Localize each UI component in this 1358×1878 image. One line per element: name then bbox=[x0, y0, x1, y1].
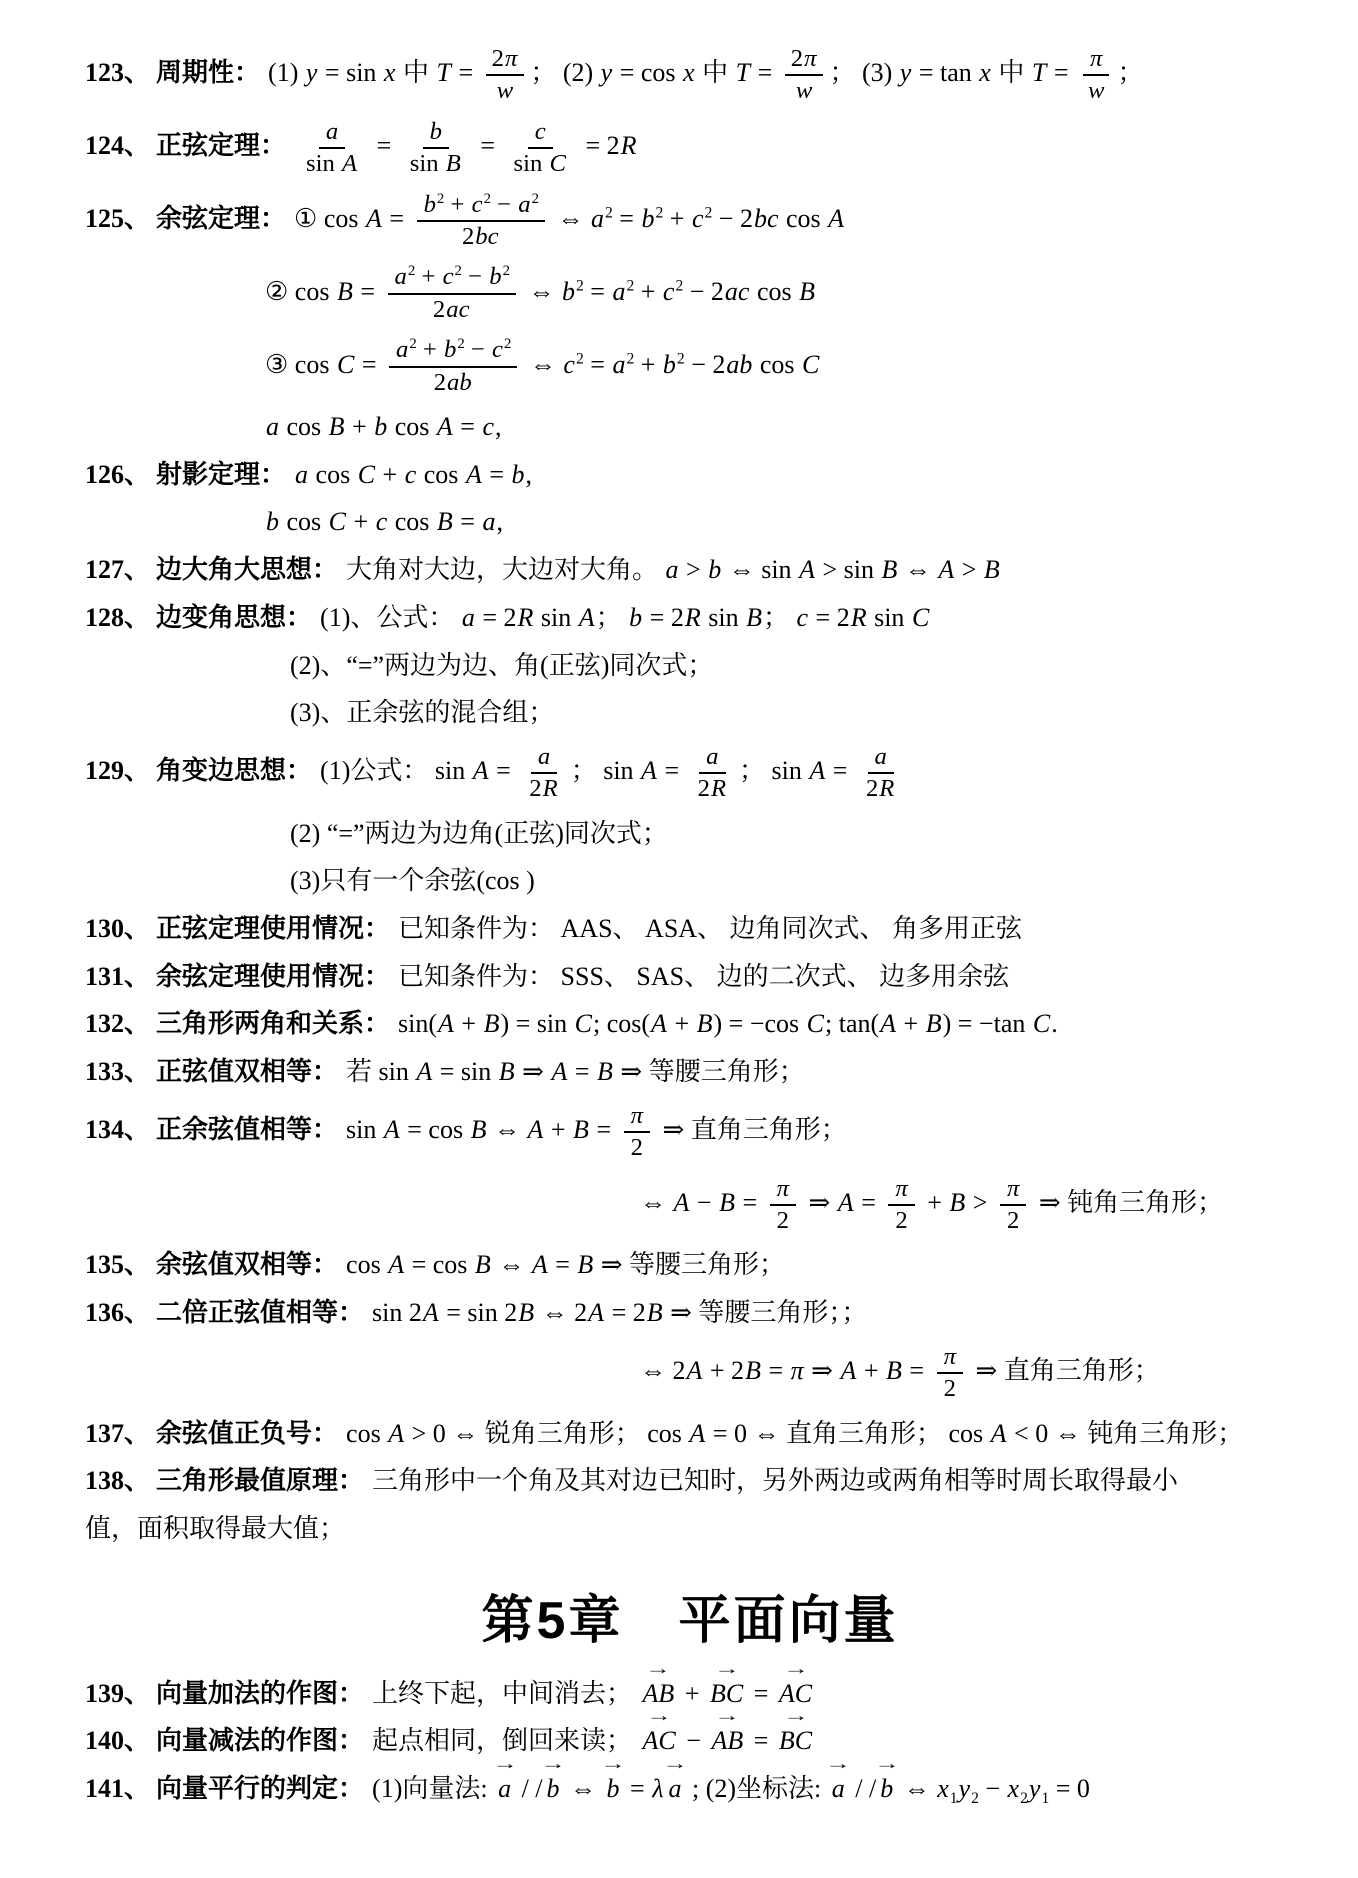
math-text: (2)、“=”两边为边、角(正弦)同次式； bbox=[290, 651, 713, 680]
item-content: ① cos A = b2 + c2 − a22bc ⇔ a2 = b2 + c2… bbox=[294, 204, 845, 233]
item-number: 139、 bbox=[85, 1679, 150, 1708]
math-text: ⇒ 直角三角形； bbox=[969, 1356, 1160, 1385]
item-content: ⇔ 2A + 2B = π ⇒ A + B = π2 ⇒ 直角三角形； bbox=[640, 1356, 1160, 1385]
vector-body: b bbox=[880, 1774, 893, 1803]
fraction-denominator: 2bc bbox=[456, 222, 506, 251]
item-content: 已知条件为： SSS、 SAS、 边的二次式、 边多用余弦 bbox=[398, 962, 1009, 991]
fraction-numerator: π bbox=[1000, 1175, 1026, 1206]
formula-row: 137、余弦值正负号：cos A > 0 ⇔ 锐角三角形； cos A = 0 … bbox=[85, 1415, 1330, 1453]
item-number: 134、 bbox=[85, 1115, 150, 1144]
fraction-numerator: π bbox=[1083, 45, 1109, 76]
math-text: sin 2A = sin 2B ⇔ 2A = 2B ⇒ 等腰三角形；； bbox=[372, 1298, 867, 1327]
item-label: 正弦值双相等： bbox=[156, 1056, 338, 1086]
item-number: 123、 bbox=[85, 58, 150, 87]
page: 123、周期性：(1) y = sin x 中 T = 2πw； (2) y =… bbox=[0, 0, 1358, 1878]
item-label: 三角形两角和关系： bbox=[156, 1008, 390, 1038]
fraction: πw bbox=[1081, 45, 1111, 106]
item-label: 向量减法的作图： bbox=[156, 1725, 364, 1755]
item-content: 已知条件为： AAS、 ASA、 边角同次式、 角多用正弦 bbox=[398, 914, 1022, 943]
vector-arrow-icon: → bbox=[646, 1660, 672, 1677]
item-content: sin(A + B) = sin C; cos(A + B) = −cos C;… bbox=[398, 1009, 1058, 1038]
item-content: 大角对大边，大边对大角。 a > b ⇔ sin A > sin B ⇔ A >… bbox=[346, 555, 1001, 584]
fraction-denominator: 2ac bbox=[427, 295, 477, 324]
item-label: 二倍正弦值相等： bbox=[156, 1297, 364, 1327]
fraction-numerator: π bbox=[624, 1102, 650, 1133]
fraction: a2R bbox=[860, 743, 901, 804]
item-number: 138、 bbox=[85, 1466, 150, 1495]
fraction-denominator: w bbox=[1081, 76, 1111, 105]
item-label: 余弦值双相等： bbox=[156, 1249, 338, 1279]
item-content: ③ cos C = a2 + b2 − c22ab ⇔ c2 = a2 + b2… bbox=[265, 350, 820, 379]
formula-row: (3)、正余弦的混合组； bbox=[85, 694, 1330, 732]
item-label: 向量平行的判定： bbox=[156, 1773, 364, 1803]
vector: →b bbox=[546, 1770, 561, 1808]
fraction-numerator: a bbox=[531, 743, 557, 774]
formula-row: 124、正弦定理：asin A = bsin B = csin C = 2R bbox=[85, 117, 1330, 180]
fraction-numerator: π bbox=[770, 1175, 796, 1206]
item-label: 角变边思想： bbox=[156, 755, 312, 785]
vector-body: b bbox=[547, 1774, 560, 1803]
formula-row: 136、二倍正弦值相等：sin 2A = sin 2B ⇔ 2A = 2B ⇒ … bbox=[85, 1294, 1330, 1332]
vector-body: a bbox=[498, 1774, 511, 1803]
math-text: = bbox=[370, 131, 398, 160]
item-content: ⇔ A − B = π2 ⇒ A = π2 + B > π2 ⇒ 钝角三角形； bbox=[640, 1188, 1223, 1217]
vector-body: BC bbox=[710, 1679, 743, 1708]
item-label: 正余弦值相等： bbox=[156, 1114, 338, 1144]
math-text: cos A > 0 ⇔ 锐角三角形； cos A = 0 ⇔ 直角三角形； co… bbox=[346, 1419, 1243, 1448]
fraction: a2 + b2 − c22ab bbox=[389, 336, 517, 397]
math-text: 已知条件为： AAS、 ASA、 边角同次式、 角多用正弦 bbox=[398, 914, 1022, 943]
math-text: ⇒ 钝角三角形； bbox=[1032, 1188, 1223, 1217]
item-number: 133、 bbox=[85, 1057, 150, 1086]
fraction-numerator: π bbox=[937, 1343, 963, 1374]
vector-arrow-icon: → bbox=[783, 1660, 809, 1677]
item-content: 值，面积取得最大值； bbox=[85, 1514, 345, 1543]
vector: →BC bbox=[778, 1722, 813, 1760]
item-number: 128、 bbox=[85, 603, 150, 632]
math-text: cos A = cos B ⇔ A = B ⇒ 等腰三角形； bbox=[346, 1250, 785, 1279]
item-label: 射影定理： bbox=[156, 459, 286, 489]
math-text: (3)、正余弦的混合组； bbox=[290, 698, 554, 727]
item-content: sin 2A = sin 2B ⇔ 2A = 2B ⇒ 等腰三角形；； bbox=[372, 1298, 867, 1327]
vector-arrow-icon: → bbox=[715, 1707, 741, 1724]
vector: →a bbox=[497, 1770, 512, 1808]
item-number: 135、 bbox=[85, 1250, 150, 1279]
formula-row: 126、射影定理：a cos C + c cos A = b, bbox=[85, 456, 1330, 494]
math-text: = 2R bbox=[579, 131, 638, 160]
math-text: ⇔ b2 = a2 + c2 − 2ac cos B bbox=[522, 277, 816, 306]
item-label: 正弦定理使用情况： bbox=[156, 913, 390, 943]
formula-row: 129、角变边思想：(1)公式： sin A = a2R； sin A = a2… bbox=[85, 742, 1330, 805]
item-number: 141、 bbox=[85, 1774, 150, 1803]
fraction-numerator: a bbox=[319, 118, 345, 149]
fraction-denominator: 2 bbox=[625, 1133, 649, 1162]
formula-row: 127、边大角大思想：大角对大边，大边对大角。 a > b ⇔ sin A > … bbox=[85, 551, 1330, 589]
math-text: ⇔ a2 = b2 + c2 − 2bc cos A bbox=[551, 204, 845, 233]
vector-arrow-icon: → bbox=[540, 1755, 566, 1772]
item-content: (2) “=”两边为边角(正弦)同次式； bbox=[290, 819, 668, 848]
item-content: (3)只有一个余弦(cos ) bbox=[290, 866, 535, 895]
item-number: 124、 bbox=[85, 131, 150, 160]
formula-row: ⇔ 2A + 2B = π ⇒ A + B = π2 ⇒ 直角三角形； bbox=[85, 1342, 1330, 1405]
item-content: (1)向量法: →a / /→b ⇔ →b = λ→a ; (2)坐标法: →a… bbox=[372, 1774, 1090, 1803]
item-label: 边大角大思想： bbox=[156, 554, 338, 584]
formula-row: (3)只有一个余弦(cos ) bbox=[85, 862, 1330, 900]
formula-row: 141、向量平行的判定：(1)向量法: →a / /→b ⇔ →b = λ→a … bbox=[85, 1770, 1330, 1808]
vector-arrow-icon: → bbox=[492, 1755, 518, 1772]
formula-row: 128、边变角思想：(1)、公式： a = 2R sin A； b = 2R s… bbox=[85, 599, 1330, 637]
math-text: (1)公式： sin A = bbox=[320, 756, 517, 785]
math-text: 已知条件为： SSS、 SAS、 边的二次式、 边多用余弦 bbox=[398, 962, 1009, 991]
vector-body: AC bbox=[779, 1679, 812, 1708]
math-text: / / bbox=[849, 1774, 876, 1803]
vector-arrow-icon: → bbox=[714, 1660, 740, 1677]
fraction-denominator: 2 bbox=[889, 1206, 913, 1235]
item-content: cos A = cos B ⇔ A = B ⇒ 等腰三角形； bbox=[346, 1250, 785, 1279]
fraction-numerator: 2π bbox=[785, 45, 824, 76]
math-text: ； (3) y = tan x 中 T = bbox=[829, 58, 1075, 87]
fraction-denominator: 2R bbox=[860, 774, 901, 803]
vector-body: AB bbox=[711, 1726, 743, 1755]
formula-row: 130、正弦定理使用情况：已知条件为： AAS、 ASA、 边角同次式、 角多用… bbox=[85, 910, 1330, 948]
fraction-numerator: π bbox=[888, 1175, 914, 1206]
math-text: / / bbox=[515, 1774, 542, 1803]
fraction-denominator: 2 bbox=[1001, 1206, 1025, 1235]
item-number: 126、 bbox=[85, 460, 150, 489]
math-text: b cos C + c cos B = a, bbox=[265, 507, 503, 536]
fraction-denominator: 2R bbox=[523, 774, 564, 803]
item-content: a cos C + c cos A = b, bbox=[294, 460, 532, 489]
item-content: (1)公式： sin A = a2R； sin A = a2R； sin A =… bbox=[320, 756, 907, 785]
item-number: 137、 bbox=[85, 1419, 150, 1448]
vector-body: b bbox=[607, 1774, 620, 1803]
fraction-numerator: a2 + c2 − b2 bbox=[388, 263, 516, 294]
fraction-numerator: b2 + c2 − a2 bbox=[417, 191, 545, 222]
vector: →b bbox=[606, 1770, 621, 1808]
formula-row: 139、向量加法的作图：上终下起，中间消去； →AB + →BC = →AC bbox=[85, 1675, 1330, 1713]
item-content: 三角形中一个角及其对边已知时，另外两边或两角相等时周长取得最小 bbox=[372, 1466, 1178, 1495]
math-text: = λ bbox=[624, 1774, 665, 1803]
item-number: 130、 bbox=[85, 914, 150, 943]
fraction-numerator: a bbox=[699, 743, 725, 774]
item-number: 125、 bbox=[85, 204, 150, 233]
item-content: ② cos B = a2 + c2 − b22ac ⇔ b2 = a2 + c2… bbox=[265, 277, 816, 306]
item-number: 132、 bbox=[85, 1009, 150, 1038]
fraction-denominator: sin C bbox=[508, 149, 573, 178]
fraction-numerator: c bbox=[528, 118, 553, 149]
fraction-denominator: 2R bbox=[692, 774, 733, 803]
item-number: 129、 bbox=[85, 756, 150, 785]
vector: →a bbox=[667, 1770, 682, 1808]
math-text: 若 sin A = sin B ⇒ A = B ⇒ 等腰三角形； bbox=[346, 1057, 805, 1086]
math-text: a cos B + b cos A = c, bbox=[265, 412, 502, 441]
formula-row: 132、三角形两角和关系：sin(A + B) = sin C; cos(A +… bbox=[85, 1005, 1330, 1043]
math-text: = bbox=[747, 1726, 775, 1755]
fraction-denominator: 2 bbox=[938, 1374, 962, 1403]
math-text: ； sin A = bbox=[571, 756, 686, 785]
fraction: bsin B bbox=[404, 118, 468, 179]
item-content: cos A > 0 ⇔ 锐角三角形； cos A = 0 ⇔ 直角三角形； co… bbox=[346, 1419, 1243, 1448]
fraction-denominator: w bbox=[490, 76, 520, 105]
fraction: π2 bbox=[624, 1102, 650, 1163]
math-text: sin A = cos B ⇔ A + B = bbox=[346, 1115, 618, 1144]
math-text: ⇔ x1y2 − x2y1 = 0 bbox=[897, 1774, 1090, 1803]
fraction: b2 + c2 − a22bc bbox=[417, 191, 545, 252]
item-number: 127、 bbox=[85, 555, 150, 584]
math-text: sin(A + B) = sin C; cos(A + B) = −cos C;… bbox=[398, 1009, 1058, 1038]
item-label: 余弦值正负号： bbox=[156, 1418, 338, 1448]
fraction: 2πw bbox=[486, 45, 525, 106]
formula-row: 135、余弦值双相等：cos A = cos B ⇔ A = B ⇒ 等腰三角形… bbox=[85, 1246, 1330, 1284]
math-text: (3)只有一个余弦(cos ) bbox=[290, 866, 535, 895]
formula-row: a cos B + b cos A = c, bbox=[85, 408, 1330, 446]
item-content: asin A = bsin B = csin C = 2R bbox=[294, 131, 638, 160]
formula-row: 133、正弦值双相等：若 sin A = sin B ⇒ A = B ⇒ 等腰三… bbox=[85, 1053, 1330, 1091]
item-content: 若 sin A = sin B ⇒ A = B ⇒ 等腰三角形； bbox=[346, 1057, 805, 1086]
item-content: (2)、“=”两边为边、角(正弦)同次式； bbox=[290, 651, 713, 680]
fraction: asin A bbox=[300, 118, 364, 179]
fraction: 2πw bbox=[785, 45, 824, 106]
formula-row: 138、三角形最值原理：三角形中一个角及其对边已知时，另外两边或两角相等时周长取… bbox=[85, 1462, 1330, 1500]
math-text: + bbox=[678, 1679, 706, 1708]
fraction: π2 bbox=[888, 1175, 914, 1236]
math-text: = bbox=[474, 131, 502, 160]
math-text: ① cos A = bbox=[294, 204, 411, 233]
item-content: (1) y = sin x 中 T = 2πw； (2) y = cos x 中… bbox=[268, 58, 1143, 87]
fraction-numerator: a2 + b2 − c2 bbox=[389, 336, 517, 367]
fraction: csin C bbox=[508, 118, 573, 179]
formula-row: 140、向量减法的作图：起点相同，倒回来读； →AC − →AB = →BC bbox=[85, 1722, 1330, 1760]
item-content: sin A = cos B ⇔ A + B = π2 ⇒ 直角三角形； bbox=[346, 1115, 847, 1144]
math-text: ⇒ 直角三角形； bbox=[656, 1115, 847, 1144]
formula-row: (2) “=”两边为边角(正弦)同次式； bbox=[85, 815, 1330, 853]
item-label: 三角形最值原理： bbox=[156, 1465, 364, 1495]
math-text: ; (2)坐标法: bbox=[685, 1774, 827, 1803]
math-text: 起点相同，倒回来读； bbox=[372, 1726, 639, 1755]
item-label: 余弦定理使用情况： bbox=[156, 961, 390, 991]
formula-row: 134、正余弦值相等：sin A = cos B ⇔ A + B = π2 ⇒ … bbox=[85, 1101, 1330, 1164]
fraction-denominator: 2ab bbox=[428, 368, 479, 397]
item-content: (3)、正余弦的混合组； bbox=[290, 698, 554, 727]
item-number: 136、 bbox=[85, 1298, 150, 1327]
item-number: 131、 bbox=[85, 962, 150, 991]
item-label: 向量加法的作图： bbox=[156, 1678, 364, 1708]
item-label: 边变角思想： bbox=[156, 602, 312, 632]
formula-row: ② cos B = a2 + c2 − b22ac ⇔ b2 = a2 + c2… bbox=[85, 262, 1330, 325]
formula-row: (2)、“=”两边为边、角(正弦)同次式； bbox=[85, 647, 1330, 685]
math-text: ⇔ A − B = bbox=[640, 1188, 764, 1217]
fraction: a2R bbox=[523, 743, 564, 804]
fraction-numerator: a bbox=[868, 743, 894, 774]
vector: →a bbox=[831, 1770, 846, 1808]
math-text: ； sin A = bbox=[739, 756, 854, 785]
item-label: 周期性： bbox=[156, 57, 260, 87]
item-label: 余弦定理： bbox=[156, 203, 286, 233]
math-text: 三角形中一个角及其对边已知时，另外两边或两角相等时周长取得最小 bbox=[372, 1466, 1178, 1495]
vector-body: AC bbox=[643, 1726, 676, 1755]
math-text: = bbox=[747, 1679, 775, 1708]
math-text: ； (2) y = cos x 中 T = bbox=[530, 58, 778, 87]
item-content: b cos C + c cos B = a, bbox=[265, 507, 503, 536]
math-text: 上终下起，中间消去； bbox=[372, 1679, 639, 1708]
math-text: ② cos B = bbox=[265, 277, 382, 306]
formula-row: ⇔ A − B = π2 ⇒ A = π2 + B > π2 ⇒ 钝角三角形； bbox=[85, 1174, 1330, 1237]
item-content: 上终下起，中间消去； →AB + →BC = →AC bbox=[372, 1679, 816, 1708]
math-text: (1)、公式： a = 2R sin A； b = 2R sin B； c = … bbox=[320, 603, 930, 632]
math-text: a cos C + c cos A = b, bbox=[294, 460, 532, 489]
vector: →b bbox=[879, 1770, 894, 1808]
item-number: 140、 bbox=[85, 1726, 150, 1755]
fraction-denominator: sin B bbox=[404, 149, 468, 178]
vector-body: a bbox=[668, 1774, 681, 1803]
item-content: 起点相同，倒回来读； →AC − →AB = →BC bbox=[372, 1726, 816, 1755]
math-text: 大角对大边，大边对大角。 a > b ⇔ sin A > sin B ⇔ A >… bbox=[346, 555, 1001, 584]
formula-row: 123、周期性：(1) y = sin x 中 T = 2πw； (2) y =… bbox=[85, 44, 1330, 107]
math-text: ； bbox=[1117, 58, 1143, 87]
fraction: π2 bbox=[1000, 1175, 1026, 1236]
math-text: + B > bbox=[921, 1188, 994, 1217]
math-text: ⇔ c2 = a2 + b2 − 2ab cos C bbox=[523, 350, 820, 379]
vector-body: BC bbox=[779, 1726, 812, 1755]
chapter-heading: 第5章 平面向量 bbox=[50, 1578, 1330, 1653]
vector-arrow-icon: → bbox=[874, 1755, 900, 1772]
item-label: 正弦定理： bbox=[156, 130, 286, 160]
vector-arrow-icon: → bbox=[783, 1707, 809, 1724]
fraction: π2 bbox=[937, 1343, 963, 1404]
fraction-numerator: b bbox=[423, 118, 449, 149]
math-text: − bbox=[680, 1726, 708, 1755]
vector-arrow-icon: → bbox=[825, 1755, 851, 1772]
fraction-denominator: sin A bbox=[300, 149, 364, 178]
item-content: a cos B + b cos A = c, bbox=[265, 412, 502, 441]
vector-body: a bbox=[832, 1774, 845, 1803]
vector-body: AB bbox=[643, 1679, 675, 1708]
math-text: 值，面积取得最大值； bbox=[85, 1514, 345, 1543]
formula-row: b cos C + c cos B = a, bbox=[85, 503, 1330, 541]
item-content: (1)、公式： a = 2R sin A； b = 2R sin B； c = … bbox=[320, 603, 930, 632]
formula-list: 123、周期性：(1) y = sin x 中 T = 2πw； (2) y =… bbox=[85, 44, 1330, 1808]
fraction: a2R bbox=[692, 743, 733, 804]
math-text: ③ cos C = bbox=[265, 350, 383, 379]
fraction-numerator: 2π bbox=[486, 45, 525, 76]
math-text: (1)向量法: bbox=[372, 1774, 494, 1803]
formula-row: 125、余弦定理：① cos A = b2 + c2 − a22bc ⇔ a2 … bbox=[85, 190, 1330, 253]
formula-row: 值，面积取得最大值； bbox=[85, 1510, 1330, 1548]
math-text: (2) “=”两边为边角(正弦)同次式； bbox=[290, 819, 668, 848]
fraction-denominator: 2 bbox=[771, 1206, 795, 1235]
vector-arrow-icon: → bbox=[646, 1707, 672, 1724]
vector-arrow-icon: → bbox=[662, 1755, 688, 1772]
math-text: ⇔ 2A + 2B = π ⇒ A + B = bbox=[640, 1356, 931, 1385]
math-text: ⇒ A = bbox=[802, 1188, 882, 1217]
fraction: π2 bbox=[770, 1175, 796, 1236]
vector: →AB bbox=[710, 1722, 744, 1760]
math-text: (1) y = sin x 中 T = bbox=[268, 58, 480, 87]
vector-arrow-icon: → bbox=[600, 1755, 626, 1772]
fraction: a2 + c2 − b22ac bbox=[388, 263, 516, 324]
fraction-denominator: w bbox=[789, 76, 819, 105]
formula-row: ③ cos C = a2 + b2 − c22ab ⇔ c2 = a2 + b2… bbox=[85, 335, 1330, 398]
math-text: ⇔ bbox=[564, 1774, 603, 1803]
formula-row: 131、余弦定理使用情况：已知条件为： SSS、 SAS、 边的二次式、 边多用… bbox=[85, 958, 1330, 996]
